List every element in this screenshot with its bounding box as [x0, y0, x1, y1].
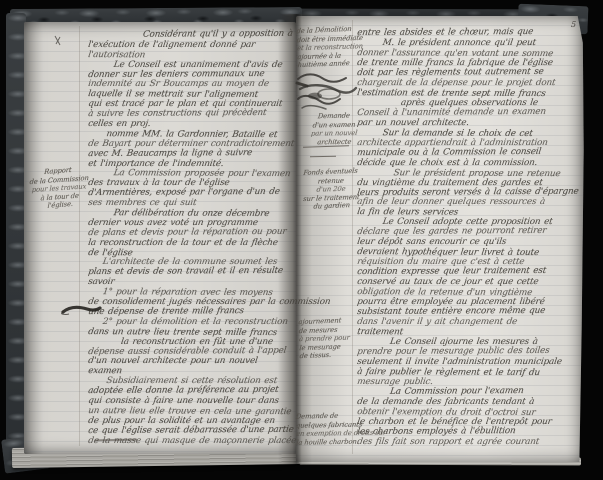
left-page-margin-note: Rapportde la Commissionpour les travauxà… [29, 165, 90, 212]
ink-mark [52, 33, 64, 52]
handwritten-line: avec M. Beaucamps la ligne à suivre [87, 148, 301, 159]
left-page-margin-rule [79, 26, 80, 446]
margin-note-fabricants-houille: Demande dequelques fabricantsen exemptio… [296, 411, 367, 447]
handwritten-line: la houille charbon. [296, 437, 367, 447]
handwritten-line: municipale ou à la Commission le conseil [356, 147, 584, 158]
handwritten-line: des fils fait son rapport et agrée coura… [356, 438, 583, 448]
ink-scribbles [295, 70, 361, 118]
book-cover-left-edge [6, 13, 26, 462]
ink-smudge [60, 302, 102, 321]
handwritten-line: la reconstruction de la tour et de la fl… [87, 239, 300, 249]
margin-note-mesurage: ajournementde mesuresà prendre pourle me… [298, 316, 361, 361]
margin-note-demolition: de la Démolitiondoit être immédiateet la… [296, 25, 361, 70]
right-page-text-block: entre les absides et le chœur, mais que … [357, 29, 583, 448]
left-page-text-block: Considérant qu'il y a opposition àl'exéc… [88, 31, 300, 446]
handwritten-line: ce que l'église serait débarrassée d'une… [87, 425, 301, 436]
handwritten-line: plans et devis de son travail et il en r… [87, 267, 301, 278]
margin-note-retenue-gardes: Fonds éventuelsretenued'un 20esur le tra… [298, 167, 363, 212]
handwritten-line: décide que le choix est à la commission. [356, 159, 583, 169]
manuscript-scan: 5 Considérant qu'il y a opposition àl'ex… [0, 0, 603, 480]
